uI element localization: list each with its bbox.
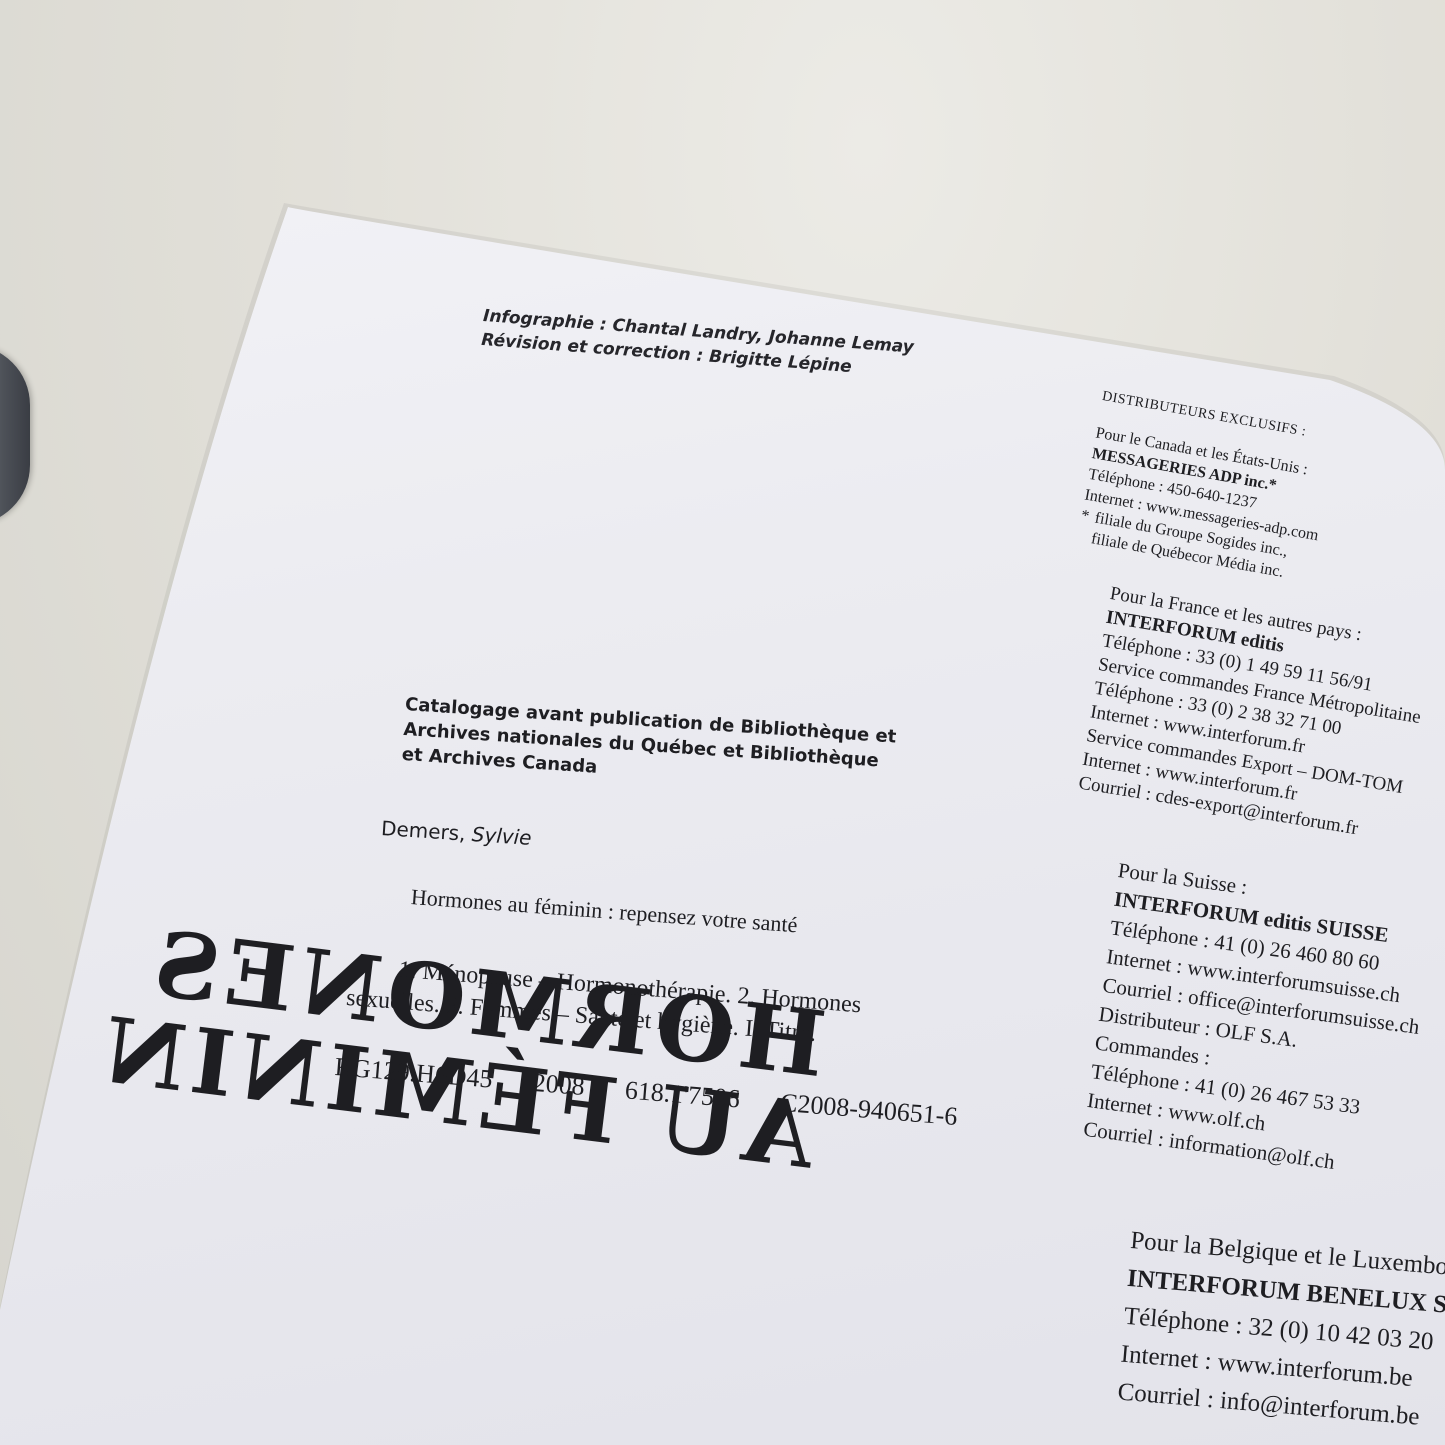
publication-year: 2008	[532, 1068, 586, 1101]
distributor-canada: Pour le Canada et les États-Unis : MESSA…	[1076, 422, 1331, 587]
distributor-benelux: Pour la Belgique et le Luxembourg : INTE…	[1116, 1222, 1445, 1442]
distributor-suisse: Pour la Suisse : INTERFORUM editis SUISS…	[1082, 856, 1437, 1186]
author-given-name: Sylvie	[471, 822, 532, 850]
